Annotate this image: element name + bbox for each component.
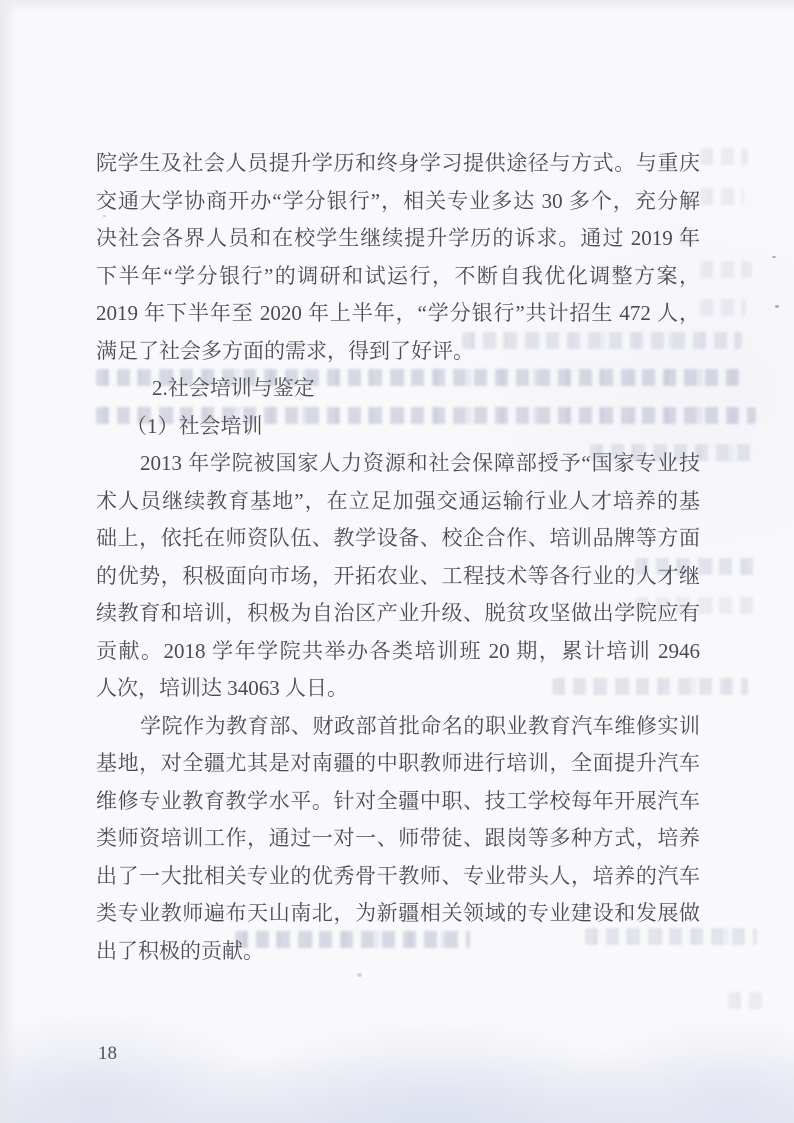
scan-speck xyxy=(775,305,779,308)
ink-bleedthrough-artifact xyxy=(700,188,744,205)
text-line: 基地，对全疆尤其是对南疆的中职教师进行培训，全面提升汽车 xyxy=(96,745,700,783)
subsection-heading: （1）社会培训 xyxy=(96,408,700,446)
text-line: 类师资培训工作，通过一对一、师带徒、跟岗等多种方式，培养 xyxy=(96,820,700,858)
text-line: 的优势，积极面向市场，开拓农业、工程技术等各行业的人才继 xyxy=(96,558,700,596)
text-line: 2013 年学院被国家人力资源和社会保障部授予“国家专业技 xyxy=(96,445,700,483)
text-line: 出了一大批相关专业的优秀骨干教师、专业带头人，培养的汽车 xyxy=(96,858,700,896)
text-line: 院学生及社会人员提升学历和终身学习提供途径与方式。与重庆 xyxy=(96,145,700,183)
ink-bleedthrough-artifact xyxy=(700,148,748,165)
document-text-block: 院学生及社会人员提升学历和终身学习提供途径与方式。与重庆交通大学协商开办“学分银… xyxy=(96,145,700,970)
text-line: 术人员继续教育基地”，在立足加强交通运输行业人才培养的基 xyxy=(96,483,700,521)
body-paragraph-credit-bank: 院学生及社会人员提升学历和终身学习提供途径与方式。与重庆交通大学协商开办“学分银… xyxy=(96,145,700,370)
text-line: 续教育和培训，积极为自治区产业升级、脱贫攻坚做出学院应有 xyxy=(96,595,700,633)
text-line: 2019 年下半年至 2020 年上半年，“学分银行”共计招生 472 人， xyxy=(96,295,700,333)
text-line: 类专业教师遍布天山南北，为新疆相关领域的专业建设和发展做 xyxy=(96,895,700,933)
scan-speck xyxy=(772,256,776,258)
body-paragraph-auto-repair-base: 学院作为教育部、财政部首批命名的职业教育汽车维修实训基地，对全疆尤其是对南疆的中… xyxy=(96,708,700,971)
section-heading: 2.社会培训与鉴定 xyxy=(96,370,700,408)
page-number: 18 xyxy=(98,1042,117,1066)
text-line: 人次，培训达 34063 人日。 xyxy=(96,670,700,708)
ink-bleedthrough-artifact xyxy=(700,261,752,278)
scan-speck xyxy=(357,973,362,977)
text-line: 出了积极的贡献。 xyxy=(96,933,700,971)
text-line: 学院作为教育部、财政部首批命名的职业教育汽车维修实训 xyxy=(96,708,700,746)
text-line: 交通大学协商开办“学分银行”，相关专业多达 30 多个，充分解 xyxy=(96,183,700,221)
text-line: 础上，依托在师资队伍、教学设备、校企合作、培训品牌等方面 xyxy=(96,520,700,558)
text-line: 决社会各界人员和在校学生继续提升学历的诉求。通过 2019 年 xyxy=(96,220,700,258)
text-line: 贡献。2018 学年学院共举办各类培训班 20 期，累计培训 2946 xyxy=(96,633,700,671)
ink-bleedthrough-artifact xyxy=(700,299,746,316)
text-line: 满足了社会多方面的需求，得到了好评。 xyxy=(96,333,700,371)
scanned-document-page: 院学生及社会人员提升学历和终身学习提供途径与方式。与重庆交通大学协商开办“学分银… xyxy=(0,0,794,1123)
text-line: 维修专业教育教学水平。针对全疆中职、技工学校每年开展汽车 xyxy=(96,783,700,821)
text-line: 下半年“学分银行”的调研和试运行，不断自我优化调整方案， xyxy=(96,258,700,296)
ink-bleedthrough-artifact xyxy=(728,992,762,1009)
body-paragraph-social-training: 2013 年学院被国家人力资源和社会保障部授予“国家专业技术人员继续教育基地”，… xyxy=(96,445,700,708)
